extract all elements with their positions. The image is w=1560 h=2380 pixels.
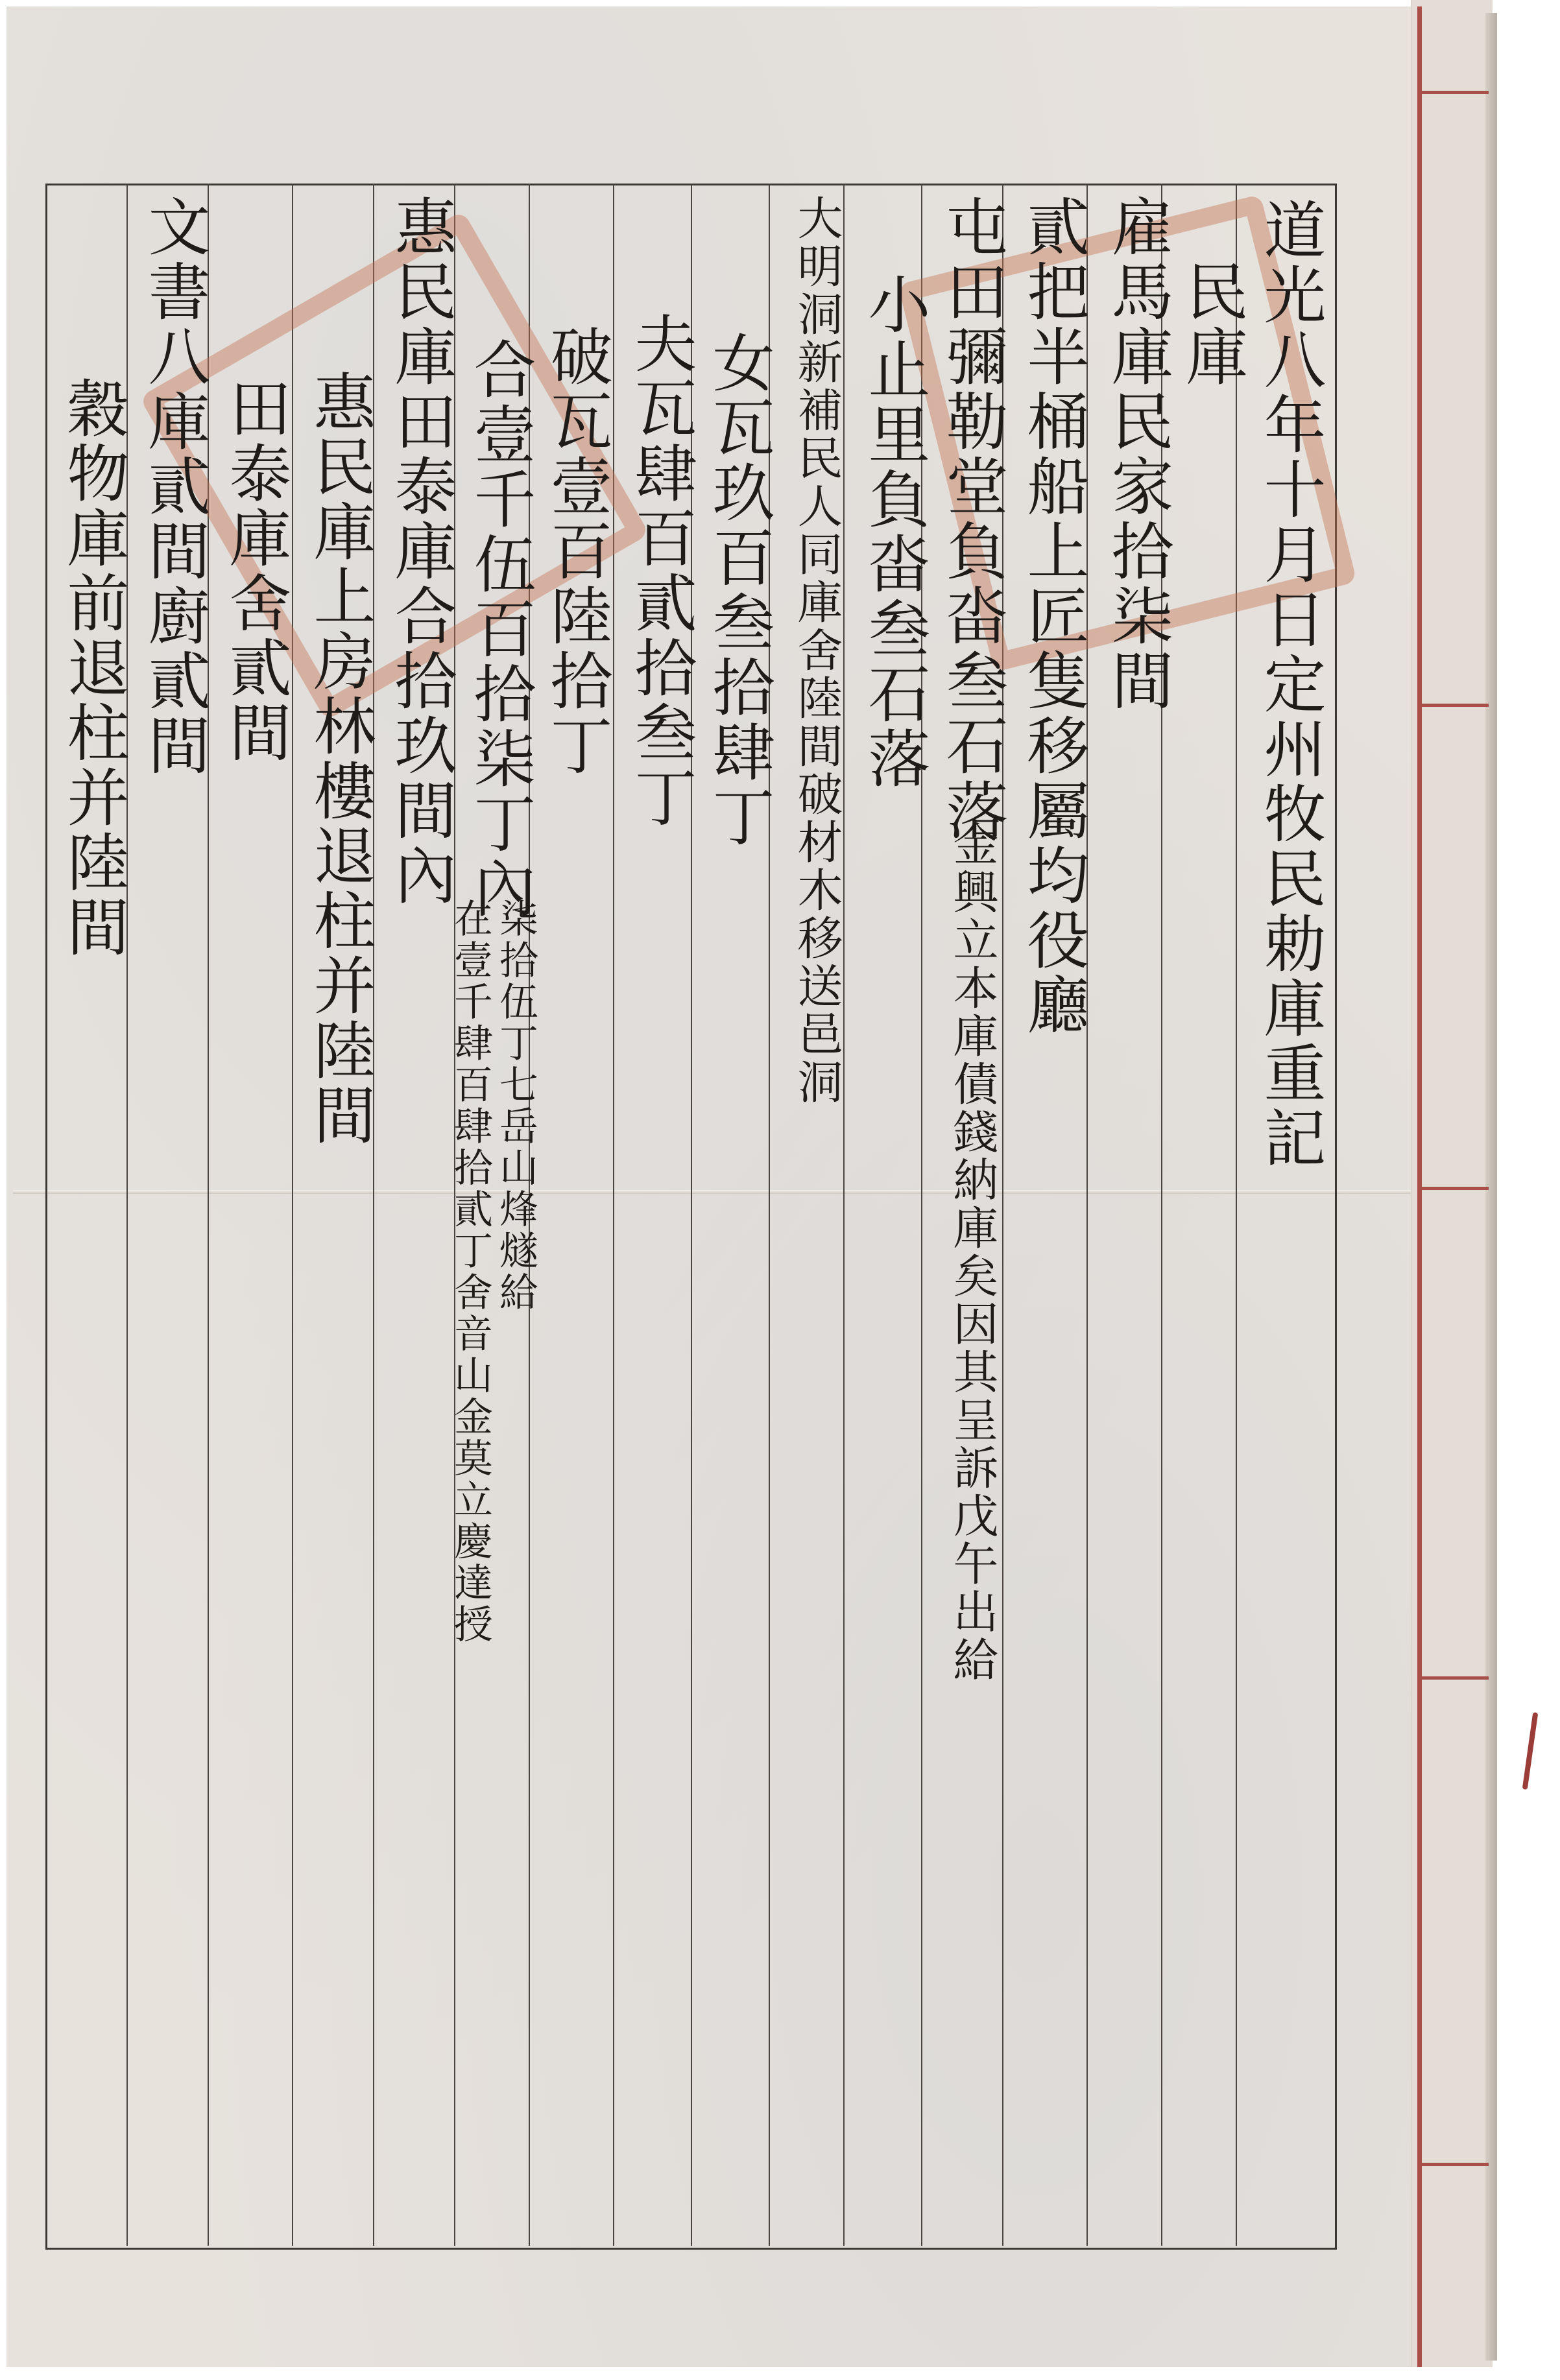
- section-heading: 民庫: [1174, 259, 1251, 389]
- binding-thread-stitch: [1417, 1187, 1489, 1190]
- binding-thread-stitch: [1417, 1676, 1489, 1680]
- entry-column: 女瓦玖百叁拾肆丁: [701, 331, 777, 850]
- entry-column: 穀物庫前退柱并陸間: [55, 376, 132, 960]
- entry-column: 合壹千伍百拾柒丁內: [462, 337, 538, 921]
- entry-column: 田泰庫舍貳間: [217, 376, 294, 765]
- entry-column: 大明洞新補民人同庫舍陸間破材木移送邑洞: [778, 195, 855, 1106]
- entry-column: 雇馬庫民家拾柒間: [1099, 195, 1176, 713]
- entry-column: 屯田彌勒堂負畓叁石落: [934, 195, 1011, 843]
- entry-note: 金興立本庫債錢納庫矣因其呈訴戊午出給: [934, 820, 1011, 1684]
- entry-column: 破瓦壹百陸拾丁: [538, 324, 615, 778]
- entry-column: 惠民庫田泰庫合拾玖間內: [383, 195, 459, 908]
- binding-thread-stitch: [1417, 2163, 1489, 2166]
- entry-column: 文書八庫貳間廚貳間: [136, 195, 213, 778]
- entry-subnote: 柒拾伍丁七岳山烽燧給: [493, 898, 538, 1313]
- book-binding-margin: [1411, 0, 1493, 2367]
- entry-column: 貳把半桶船上匠隻移屬均役廳: [1015, 195, 1092, 1038]
- entry-column: 惠民庫上房林樓退柱并陸間: [302, 370, 378, 1148]
- binding-thread-stitch: [1417, 704, 1489, 707]
- binding-tassel: [1522, 1712, 1539, 1790]
- document-title: 道光八年十月日定州牧民勅庫重記: [1252, 198, 1328, 1171]
- entry-subnote: 在壹千肆百肆拾貳丁舍音山金莫立慶達授: [448, 898, 493, 1645]
- entry-column: 夫瓦肆百貳拾叁丁: [623, 311, 699, 830]
- entry-column: 小止里負畓叁石落: [856, 272, 933, 791]
- binding-thread-stitch: [1417, 91, 1489, 94]
